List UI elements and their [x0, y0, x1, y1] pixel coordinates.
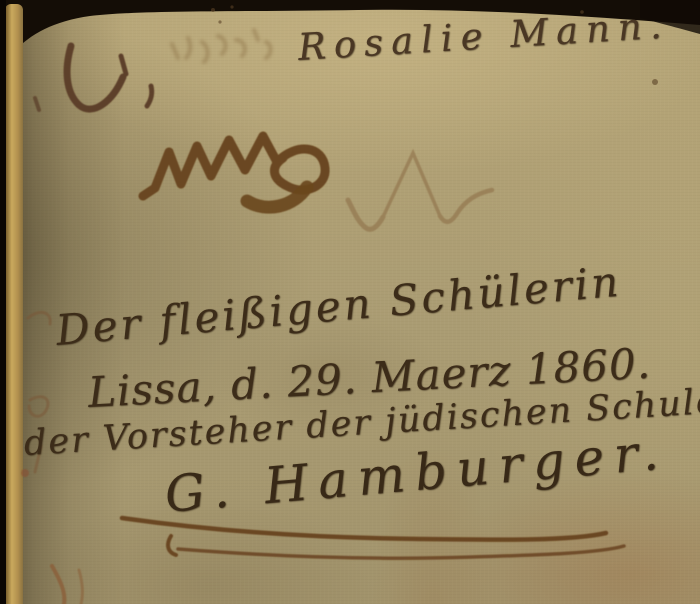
- ink-scribble-blot: [143, 136, 325, 207]
- signature-underline-flourish: [122, 518, 624, 558]
- pen-stroke-u: [35, 46, 152, 110]
- bottom-left-stains: [21, 469, 82, 604]
- book-page-photo: Rosalie Mann. Der fleißigen Schülerin Li…: [0, 0, 700, 604]
- ink-bleedthrough-marks: [172, 30, 271, 62]
- faint-w-stroke: [348, 153, 492, 229]
